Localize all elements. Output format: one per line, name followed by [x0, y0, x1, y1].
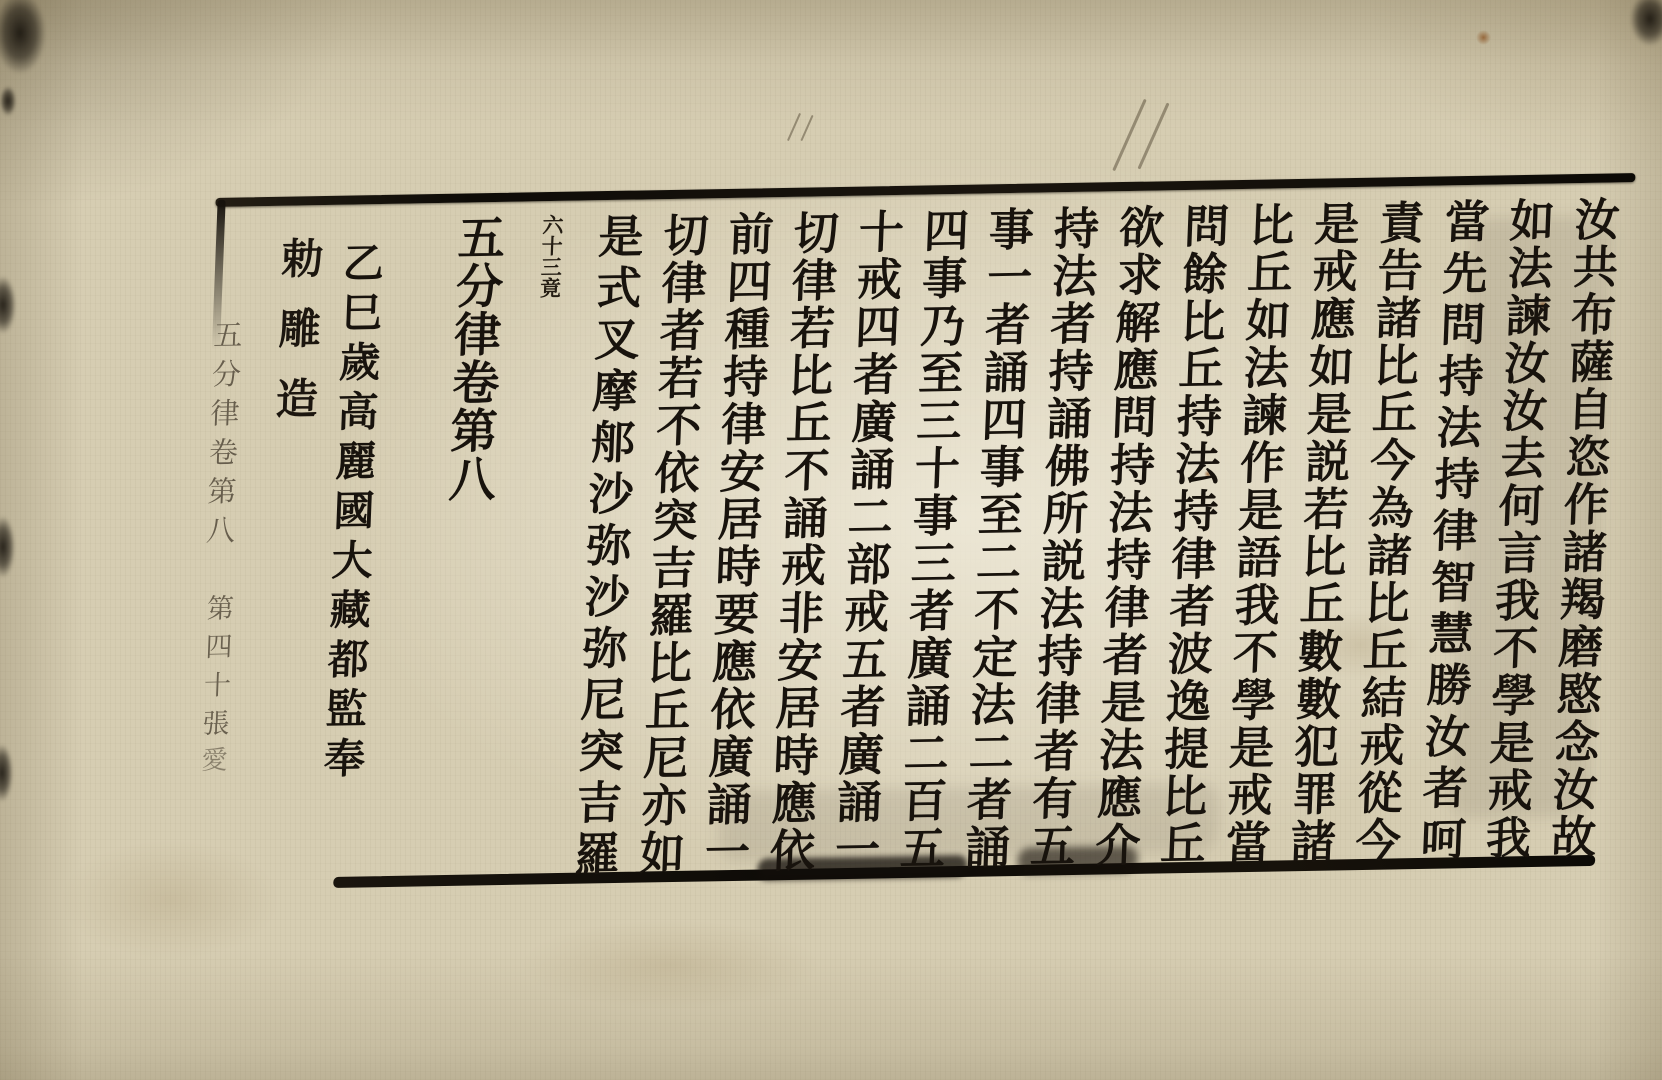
section-end-note-line: 三竟: [537, 256, 564, 298]
section-end-note-line: 六十: [539, 214, 566, 256]
ink-stain-left-edge-3: [0, 744, 13, 802]
paper-crease-1b: [1137, 103, 1169, 170]
scanned-page: 汝共布薩自恣作諸羯磨愍念汝故 如法諫汝汝去何言我不學是戒我 當先問持法持律智慧勝…: [0, 0, 1662, 1080]
margin-case-mark: 愛: [193, 746, 230, 783]
margin-small-title: 五分律卷第八: [198, 319, 247, 544]
ink-stain-left-edge-2: [0, 516, 15, 578]
ink-stain-corner-tl2: [0, 86, 16, 116]
rust-spot-1: [1476, 30, 1491, 45]
margin-sheet-number: 第四十張: [193, 594, 236, 737]
ink-stain-corner-tr: [1630, 0, 1662, 46]
colophon-column-2: 勅雕造: [261, 236, 330, 477]
ink-stain-left-edge-1: [0, 276, 16, 334]
paper-crease-2a: [787, 113, 801, 141]
ink-stain-corner-tl: [0, 0, 46, 74]
section-end-note: 六十三竟: [534, 213, 585, 298]
main-text-area: 汝共布薩自恣作諸羯磨愍念汝故 如法諫汝汝去何言我不學是戒我 當先問持法持律智慧勝…: [559, 195, 1626, 876]
paper-crease-2b: [800, 115, 813, 141]
printed-text-block: 汝共布薩自恣作諸羯磨愍念汝故 如法諫汝汝去何言我不學是戒我 當先問持法持律智慧勝…: [156, 155, 1644, 926]
paper-discoloration-2: [520, 920, 820, 1010]
volume-title-column: 五分律卷第八: [430, 213, 515, 503]
